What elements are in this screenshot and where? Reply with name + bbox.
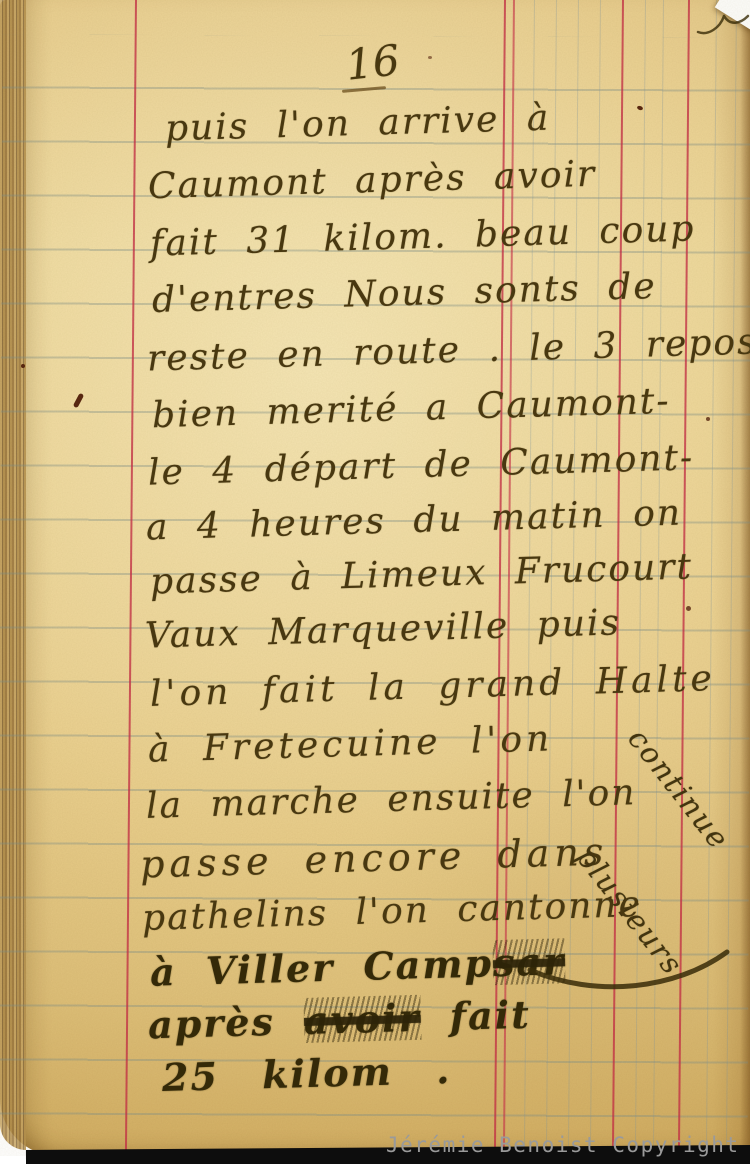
manuscript-text: après [147,998,304,1047]
manuscript-line-scribbled: après avoir fait [148,996,532,1045]
ink-speck [428,56,432,59]
ink-hook-mark [690,6,750,42]
manuscript-line-scribbled: à Viller Campsar [150,942,566,992]
ink-flourish [525,938,735,1008]
manuscript-line: 25 kilom . [162,1051,452,1097]
copyright-text: Jérémie Benoist Copyright 2008 [386,1133,750,1157]
ink-speck [21,364,25,368]
manuscript-text: à Viller Camp [149,940,493,995]
scribbled-word: avoir [303,995,421,1043]
manuscript-text: fait [420,992,531,1040]
ink-speck [706,417,710,421]
page-number: 16 [344,35,402,89]
ink-speck [686,606,691,611]
notebook-scan: 16 puis l'on arrive à Caumont après avoi… [0,0,750,1164]
